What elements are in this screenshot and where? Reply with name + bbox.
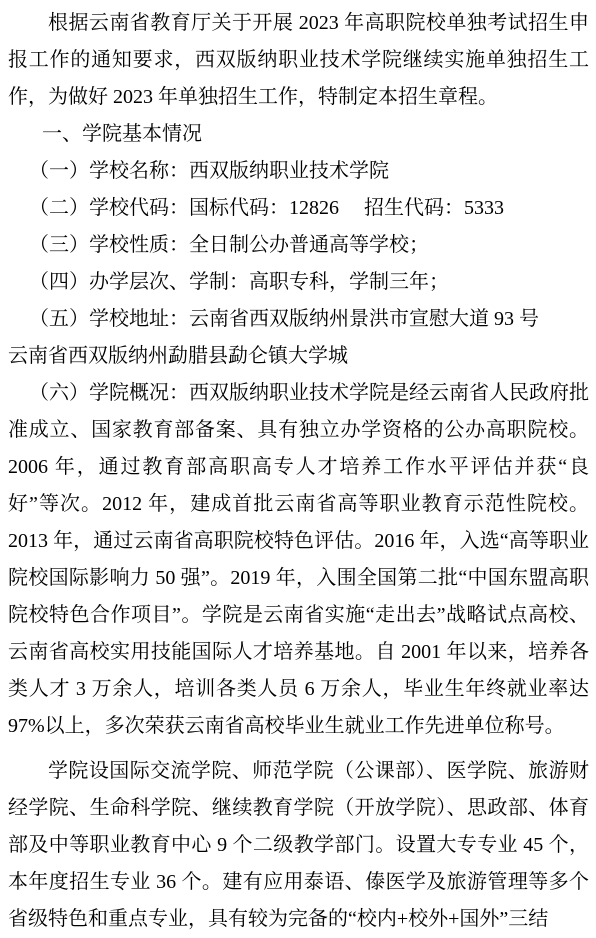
list-item-education-level: （四）办学层次、学制：高职专科，学制三年； [8, 264, 589, 301]
list-item-school-name: （一）学校名称：西双版纳职业技术学院 [8, 153, 589, 190]
list-item-school-codes: （二）学校代码：国标代码：12826 招生代码：5333 [8, 190, 589, 227]
list-item-school-address-line2: 云南省西双版纳州勐腊县勐仑镇大学城 [8, 338, 589, 375]
section-heading-1: 一、学院基本情况 [8, 116, 589, 153]
paragraph-school-overview: （六）学院概况：西双版纳职业技术学院是经云南省人民政府批准成立、国家教育部备案、… [8, 375, 589, 745]
paragraph-departments: 学院设国际交流学院、师范学院（公课部）、医学院、旅游财经学院、生命科学院、继续教… [8, 753, 589, 938]
document-page: 根据云南省教育厅关于开展 2023 年高职院校单独考试招生申报工作的通知要求，西… [0, 0, 596, 938]
list-item-school-type: （三）学校性质：全日制公办普通高等学校； [8, 227, 589, 264]
list-item-school-address: （五）学校地址：云南省西双版纳州景洪市宣慰大道 93 号 [8, 301, 589, 338]
paragraph-intro: 根据云南省教育厅关于开展 2023 年高职院校单独考试招生申报工作的通知要求，西… [8, 5, 589, 116]
